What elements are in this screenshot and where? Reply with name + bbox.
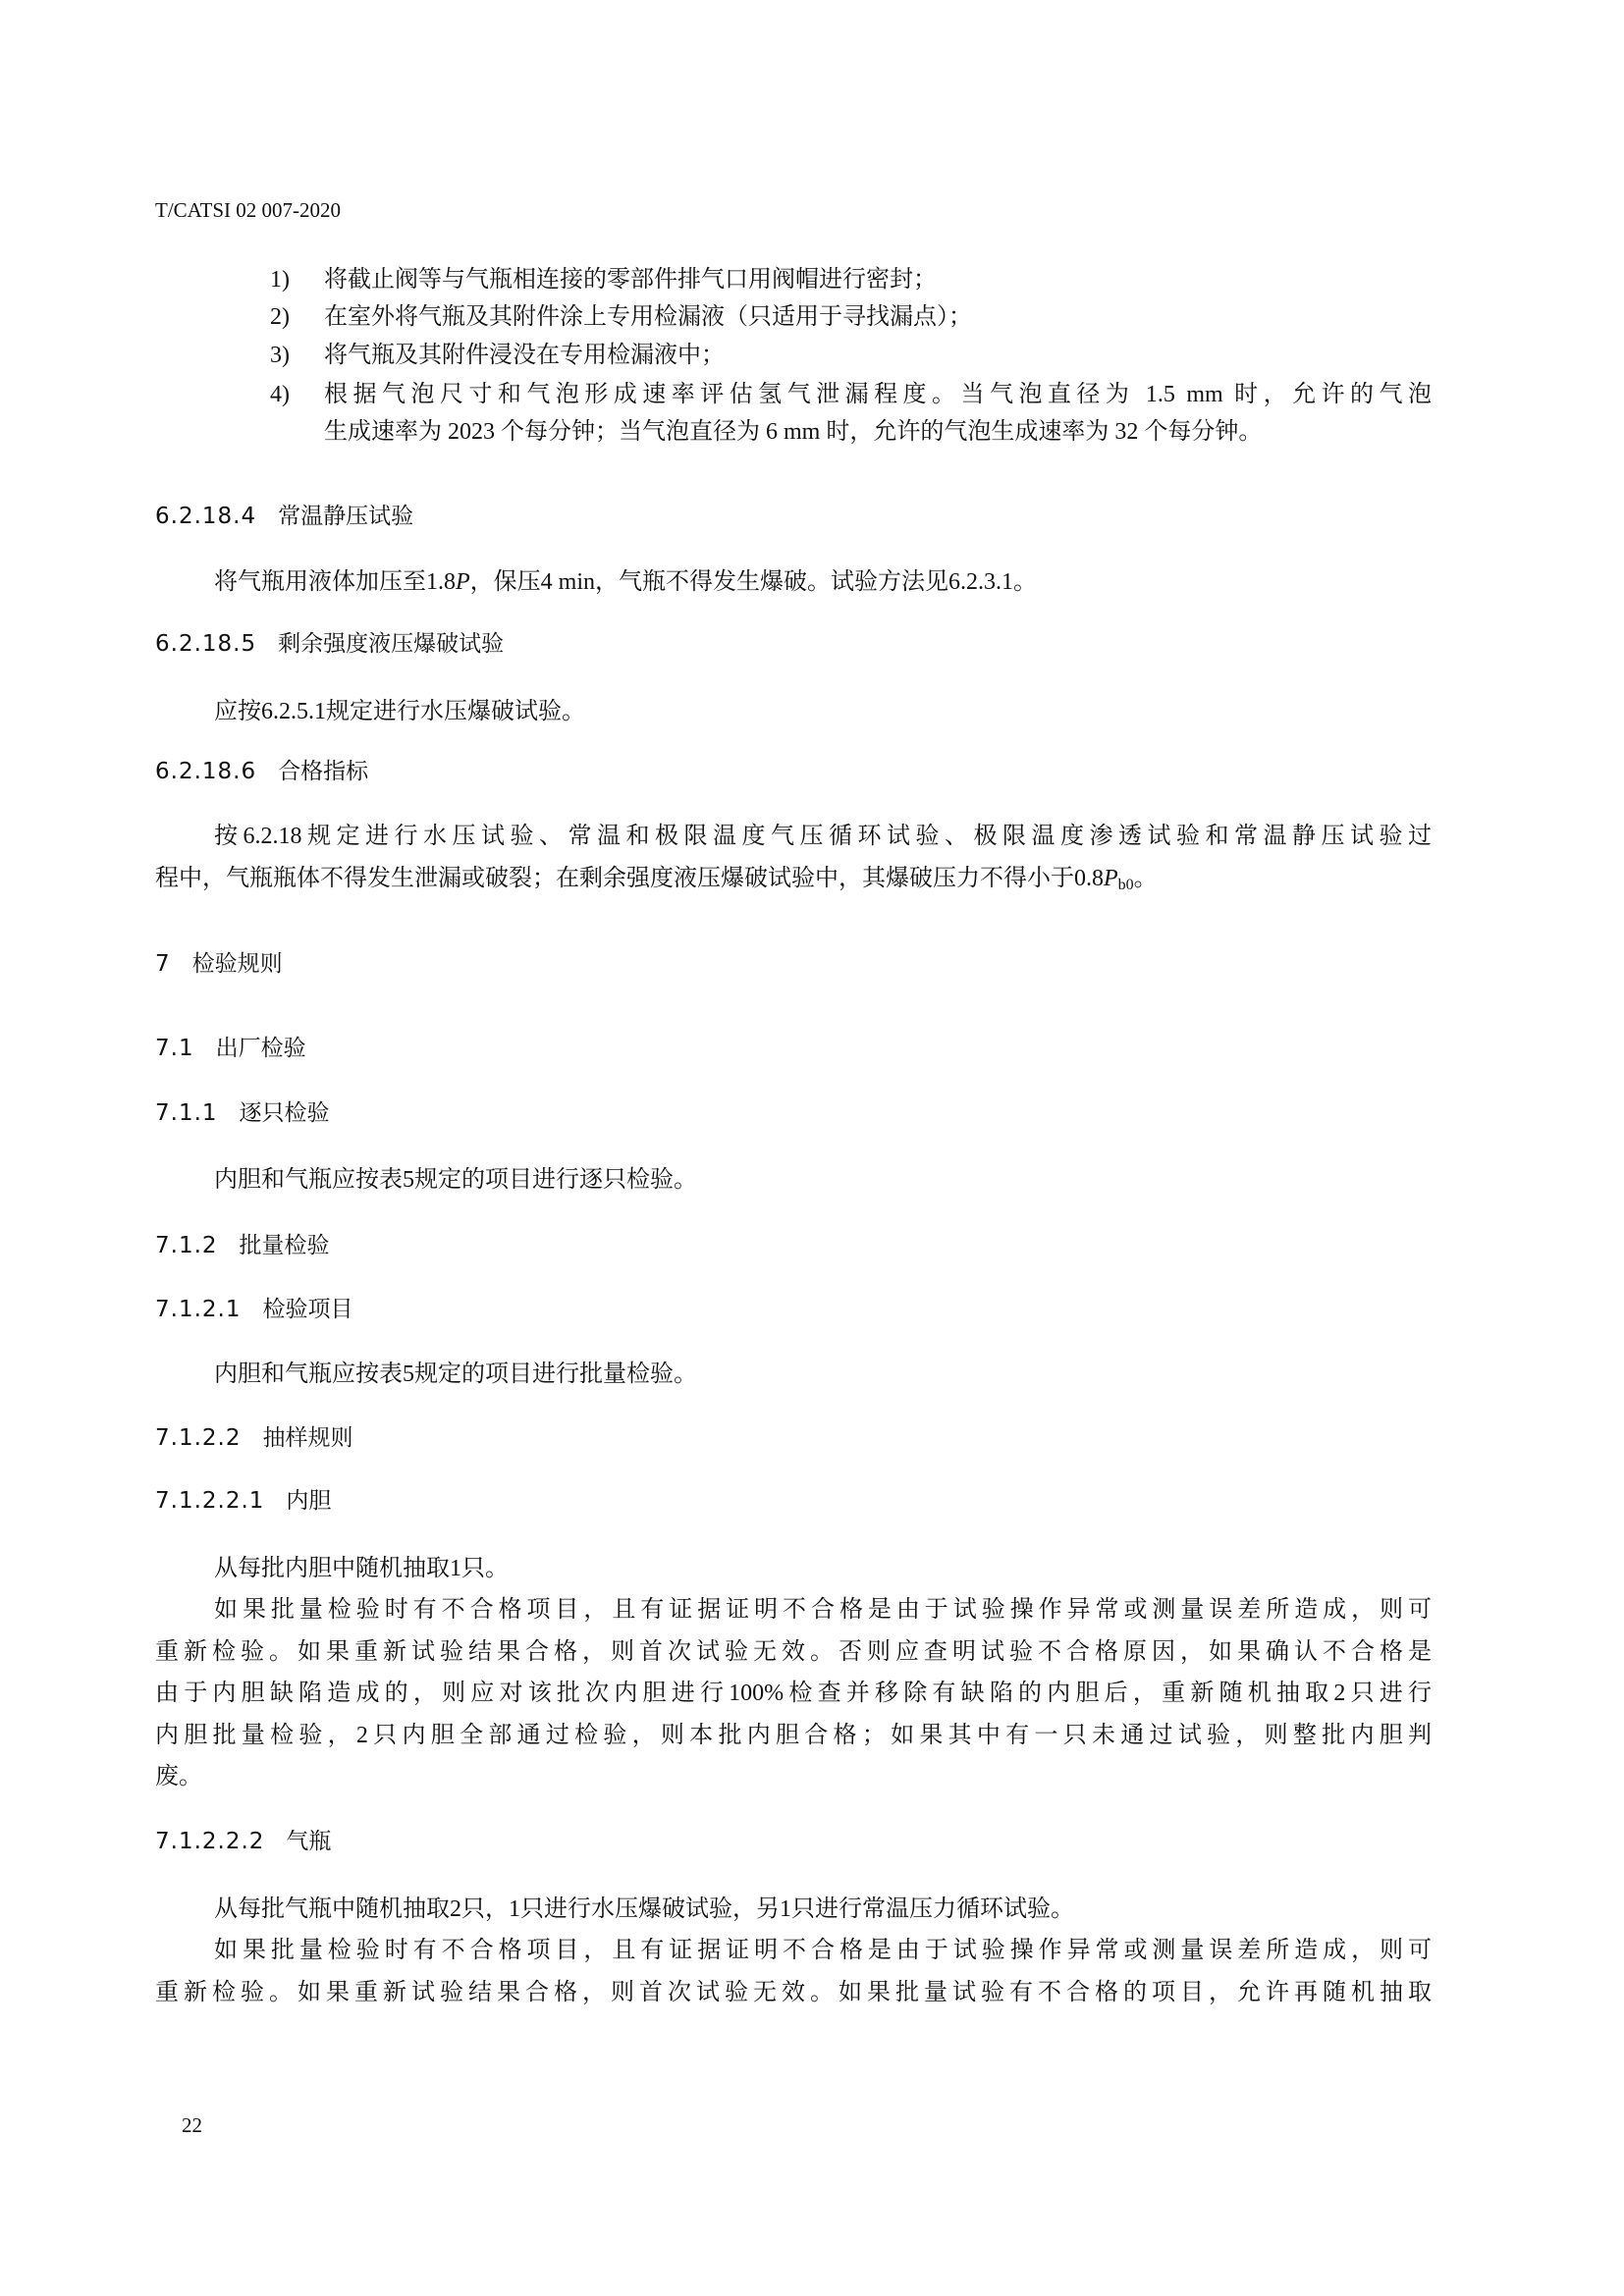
text-run: ，保压4 min，气瓶不得发生爆破。试验方法见6.2.3.1。 [470, 569, 1037, 595]
paragraph-line: 废。 [155, 1765, 202, 1789]
section-number: 6.2.18.6 [155, 761, 256, 783]
list-item-continuation: 生成速率为 2023 个每分钟；当气泡直径为 6 mm 时，允许的气泡生成速率为… [324, 420, 1262, 444]
paragraph-line: 按6.2.18规定进行水压试验、常温和极限温度气压循环试验、极限温度渗透试验和常… [214, 825, 1432, 848]
paragraph: 将气瓶用液体加压至1.8P，保压4 min，气瓶不得发生爆破。试验方法见6.2.… [214, 570, 1037, 594]
paragraph: 内胆和气瓶应按表5规定的项目进行逐只检验。 [214, 1168, 697, 1192]
section-heading-7-1-2: 7.1.2批量检验 [155, 1235, 330, 1257]
section-heading-7-1-2-1: 7.1.2.1检验项目 [155, 1299, 352, 1321]
section-title: 内胆 [286, 1488, 331, 1514]
section-number: 7.1.2.2.2 [155, 1831, 264, 1853]
section-number: 7.1.2.2.1 [155, 1490, 264, 1513]
section-heading-7-1-1: 7.1.1逐只检验 [155, 1102, 330, 1125]
section-heading-6-2-18-6: 6.2.18.6合格指标 [155, 761, 368, 783]
section-number: 7.1.1 [155, 1102, 218, 1125]
paragraph: 应按6.2.5.1规定进行水压爆破试验。 [214, 700, 585, 723]
section-heading-7-1-2-2: 7.1.2.2抽样规则 [155, 1427, 352, 1450]
list-item-text: 将气瓶及其附件浸没在专用检漏液中； [324, 344, 725, 367]
section-title: 剩余强度液压爆破试验 [278, 631, 504, 657]
section-number: 7.1.2.2 [155, 1427, 241, 1450]
section-number: 7.1.2 [155, 1235, 218, 1257]
page-number: 22 [182, 2115, 202, 2136]
section-number: 6.2.18.4 [155, 506, 256, 528]
paragraph-line: 如果批量检验时有不合格项目，且有证据证明不合格是由于试验操作异常或测量误差所造成… [214, 1939, 1432, 1962]
section-number: 7 [155, 953, 171, 976]
paragraph-line: 程中，气瓶瓶体不得发生泄漏或破裂；在剩余强度液压爆破试验中，其爆破压力不得小于0… [155, 867, 1158, 893]
document-id-header: T/CATSI 02 007-2020 [155, 200, 341, 221]
section-heading-7-1-2-2-1: 7.1.2.2.1内胆 [155, 1490, 331, 1513]
section-heading-6-2-18-5: 6.2.18.5剩余强度液压爆破试验 [155, 633, 504, 656]
list-item-text: 将截止阀等与气瓶相连接的零部件排气口用阀帽进行密封； [324, 268, 937, 292]
section-title: 出厂检验 [216, 1036, 306, 1061]
section-number: 7.1 [155, 1038, 194, 1060]
section-title: 抽样规则 [262, 1425, 352, 1451]
paragraph-line: 由于内胆缺陷造成的，则应对该批次内胆进行100%检查并移除有缺陷的内胆后，重新随… [155, 1682, 1432, 1705]
text-run: 将气瓶用液体加压至1.8 [214, 569, 456, 595]
list-item-number: 2) [270, 305, 290, 329]
paragraph-line: 从每批内胆中随机抽取1只。 [214, 1557, 509, 1580]
pressure-symbol: P [456, 569, 470, 595]
paragraph-line: 重新检验。如果重新试验结果合格，则首次试验无效。如果批量试验有不合格的项目，允许… [155, 1981, 1432, 2004]
section-title: 逐只检验 [240, 1100, 330, 1126]
list-item-text: 根据气泡尺寸和气泡形成速率评估氢气泄漏程度。当气泡直径为 1.5 mm 时，允许… [324, 383, 1432, 406]
document-page: T/CATSI 02 007-2020 1) 将截止阀等与气瓶相连接的零部件排气… [0, 0, 1624, 2296]
section-title: 合格指标 [278, 759, 368, 784]
paragraph-line: 内胆批量检验，2只内胆全部通过检验，则本批内胆合格；如果其中有一只未通过试验，则… [155, 1724, 1432, 1747]
paragraph-line: 如果批量检验时有不合格项目，且有证据证明不合格是由于试验操作异常或测量误差所造成… [214, 1598, 1432, 1622]
section-title: 检验项目 [262, 1297, 352, 1322]
section-number: 7.1.2.1 [155, 1299, 241, 1321]
section-heading-6-2-18-4: 6.2.18.4常温静压试验 [155, 506, 413, 528]
paragraph: 内胆和气瓶应按表5规定的项目进行批量检验。 [214, 1362, 697, 1386]
paragraph-line: 重新检验。如果重新试验结果合格，则首次试验无效。否则应查明试验不合格原因，如果确… [155, 1640, 1432, 1664]
list-item-number: 4) [270, 383, 290, 406]
section-title: 批量检验 [240, 1233, 330, 1258]
chapter-heading-7: 7检验规则 [155, 953, 283, 976]
paragraph-line: 从每批气瓶中随机抽取2只，1只进行水压爆破试验，另1只进行常温压力循环试验。 [214, 1897, 1074, 1921]
list-item-number: 1) [270, 268, 290, 292]
section-title: 气瓶 [286, 1829, 331, 1854]
text-run: 。 [1134, 866, 1158, 891]
section-heading-7-1: 7.1出厂检验 [155, 1038, 306, 1060]
pressure-symbol: P [1104, 866, 1118, 891]
list-item-text: 在室外将气瓶及其附件涂上专用检漏液（只适用于寻找漏点）； [324, 305, 972, 329]
subscript: b0 [1118, 877, 1134, 893]
list-item-number: 3) [270, 344, 290, 367]
section-number: 6.2.18.5 [155, 633, 256, 656]
section-title: 检验规则 [192, 951, 283, 977]
text-run: 程中，气瓶瓶体不得发生泄漏或破裂；在剩余强度液压爆破试验中，其爆破压力不得小于0… [155, 866, 1104, 891]
section-title: 常温静压试验 [278, 504, 413, 529]
section-heading-7-1-2-2-2: 7.1.2.2.2气瓶 [155, 1831, 331, 1853]
